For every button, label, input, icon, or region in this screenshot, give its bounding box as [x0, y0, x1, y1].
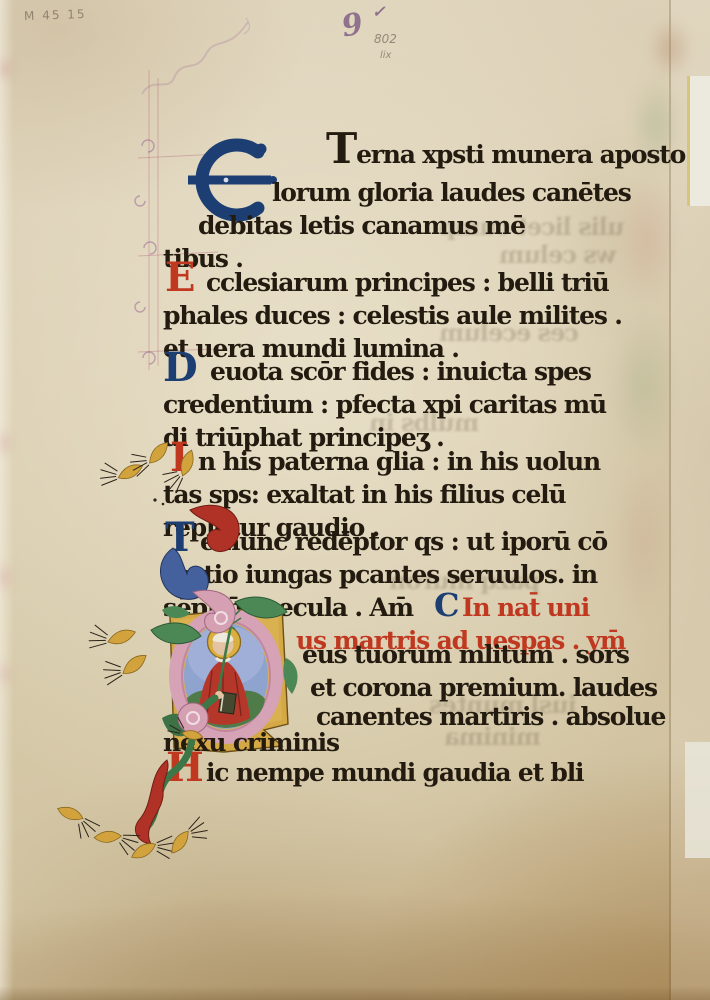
green-leaf	[151, 623, 201, 644]
gold-drop-icon	[93, 830, 140, 856]
pink-acanthus-curl	[193, 590, 235, 633]
versal-initial: E	[165, 260, 196, 296]
interleaf-tab-top	[687, 76, 710, 206]
manuscript-page: ulis licet cump ws celum ces ecelum mulb…	[0, 0, 710, 1000]
text-line: eus tuorum mlitum . sors	[302, 640, 629, 669]
red-acanthus-curl	[190, 505, 239, 551]
show-through-text: ws celum	[500, 240, 616, 269]
gold-drop-icon	[85, 617, 137, 650]
margin-red-speck	[0, 660, 9, 688]
pink-spiral	[178, 703, 208, 733]
folio-number: 9	[339, 6, 366, 44]
text-line: debitas letis canamus mē	[198, 211, 525, 240]
text-line: lorum gloria laudes canētes	[272, 178, 631, 207]
gold-drop-icon	[96, 452, 145, 487]
margin-red-speck	[0, 560, 9, 594]
gold-drop-icon	[129, 835, 179, 871]
text-line: Terna xpsti munera aposto	[326, 124, 685, 173]
red-flame-leaf	[135, 760, 168, 844]
text-line: euota scōr fides : inuicta spes	[210, 357, 591, 386]
show-through-ornament	[612, 460, 674, 620]
text-line: cclesiarum principes : belli triū	[206, 268, 609, 297]
margin-red-speck	[0, 56, 10, 82]
versal-initial: D	[163, 350, 198, 386]
gold-drop-icon	[166, 816, 213, 863]
show-through-ornament	[648, 18, 692, 78]
text-line: canentes martiris . absolue	[316, 702, 665, 731]
green-leaf	[235, 597, 287, 618]
initial-E-illuminated	[174, 138, 278, 222]
interleaf-tab-bottom	[685, 742, 710, 858]
gold-drop-icon	[97, 643, 150, 687]
text-line: et corona premium. laudes	[310, 673, 657, 702]
margin-acanthus-decoration	[55, 430, 310, 875]
margin-red-speck	[0, 428, 9, 458]
shelfmark-pencil: M 45 15	[24, 7, 87, 23]
gold-drop-icon	[51, 802, 101, 843]
pencil-note: lix	[380, 50, 391, 61]
bottom-edge-shadow	[0, 986, 710, 1000]
text-line: phales duces : celestis aule milites .	[163, 301, 622, 330]
paragraph-mark: C	[434, 586, 459, 624]
text-line: credentium : pfecta xpi caritas mū	[163, 390, 606, 419]
pencil-number: 802	[374, 32, 397, 46]
gutter-edge	[0, 0, 14, 1000]
rubric-line: In nat̄ uni	[462, 593, 589, 622]
folio-check-mark: ✓	[372, 2, 385, 21]
